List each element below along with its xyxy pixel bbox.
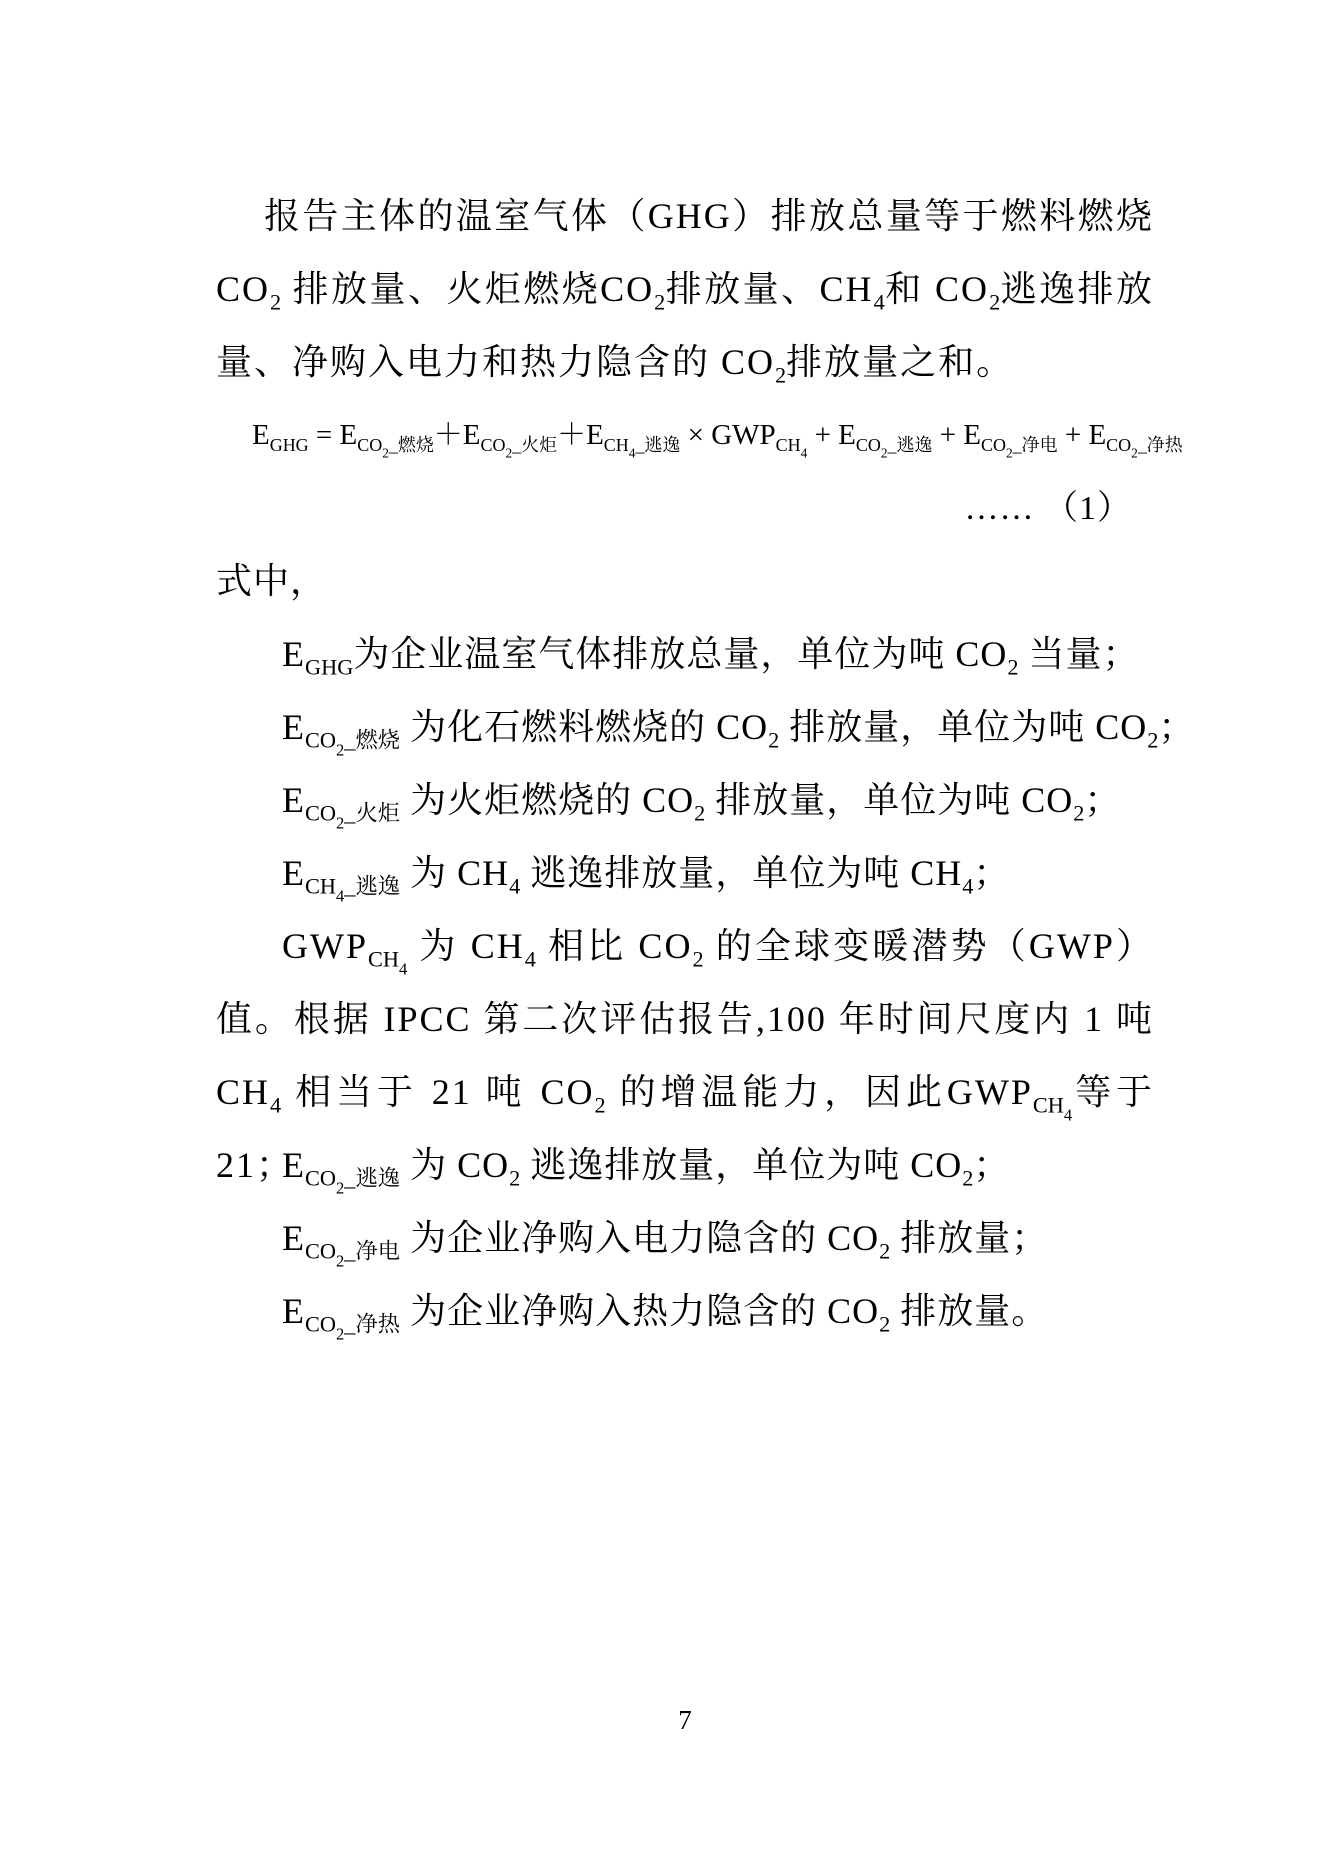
ghg-total-emission-formula: EGHG = ECO2_燃烧＋ECO2_火炬＋ECH4_逃逸 × GWPCH4 … — [216, 399, 1154, 472]
definition-e-co2-fugitive: ECO2_逃逸 为 CO2 逃逸排放量，单位为吨 CO2； — [216, 1129, 1154, 1202]
definition-e-ghg: EGHG为企业温室气体排放总量，单位为吨 CO2 当量； — [216, 618, 1154, 691]
definition-e-co2-combustion: ECO2_燃烧 为化石燃料燃烧的 CO2 排放量，单位为吨 CO2； — [216, 691, 1154, 764]
definition-gwp-ch4: GWPCH4 为 CH4 相比 CO2 的全球变暖潜势（GWP）值。根据 IPC… — [216, 910, 1154, 1129]
definition-e-co2-net-electricity: ECO2_净电 为企业净购入电力隐含的 CO2 排放量； — [216, 1202, 1154, 1275]
page-number: 7 — [216, 1700, 1154, 1740]
definition-e-ch4-fugitive: ECH4_逃逸 为 CH4 逃逸排放量，单位为吨 CH4； — [216, 837, 1154, 910]
equation-number: …… （1） — [216, 472, 1154, 545]
page-content: 报告主体的温室气体（GHG）排放总量等于燃料燃烧 CO2 排放量、火炬燃烧CO2… — [216, 180, 1154, 1348]
intro-paragraph: 报告主体的温室气体（GHG）排放总量等于燃料燃烧 CO2 排放量、火炬燃烧CO2… — [216, 180, 1154, 399]
definition-e-co2-net-heat: ECO2_净热 为企业净购入热力隐含的 CO2 排放量。 — [216, 1275, 1154, 1348]
definition-e-co2-flare: ECO2_火炬 为火炬燃烧的 CO2 排放量，单位为吨 CO2； — [216, 764, 1154, 837]
where-label: 式中， — [216, 545, 1154, 618]
document-page: 报告主体的温室气体（GHG）排放总量等于燃料燃烧 CO2 排放量、火炬燃烧CO2… — [0, 0, 1323, 1871]
